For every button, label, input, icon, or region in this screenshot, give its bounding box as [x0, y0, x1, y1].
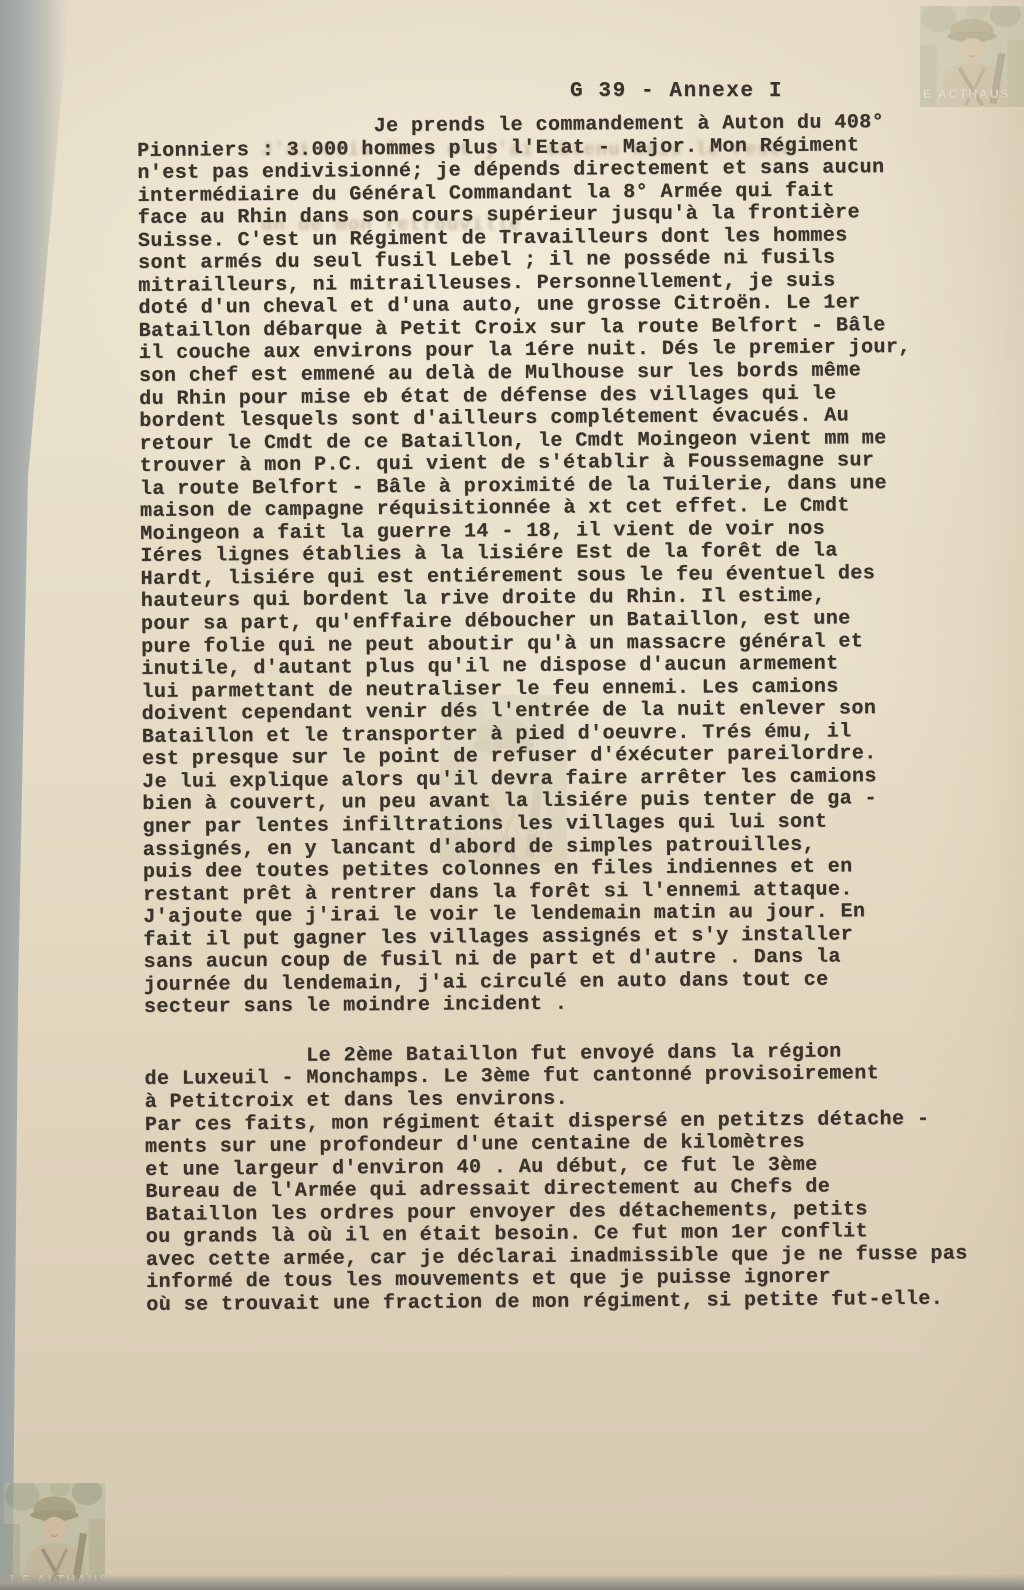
- watermark-soldier-photo: E ACTHAUS: [920, 6, 1024, 107]
- scan-edge-left: [0, 0, 70, 1590]
- typewriter-body: Je prends le commandement à Auton du 408…: [137, 112, 968, 1318]
- paragraph: Le 2ème Bataillon fut envoyé dans la rég…: [144, 1040, 968, 1317]
- scanned-page: E ACTHAUS JF ACTHAUS J-F ALTHAUS J'ai cr…: [0, 0, 1024, 1590]
- paragraph: Je prends le commandement à Auton du 408…: [137, 112, 966, 1020]
- scan-edge-bottom: [0, 1574, 1024, 1590]
- text-line: où se trouvait une fraction de mon régim…: [146, 1288, 968, 1317]
- watermark-caption: E ACTHAUS: [923, 87, 1011, 101]
- text-line: secteur sans le moindre incident .: [144, 991, 966, 1020]
- page-title: G 39 - Annexe I: [570, 80, 783, 103]
